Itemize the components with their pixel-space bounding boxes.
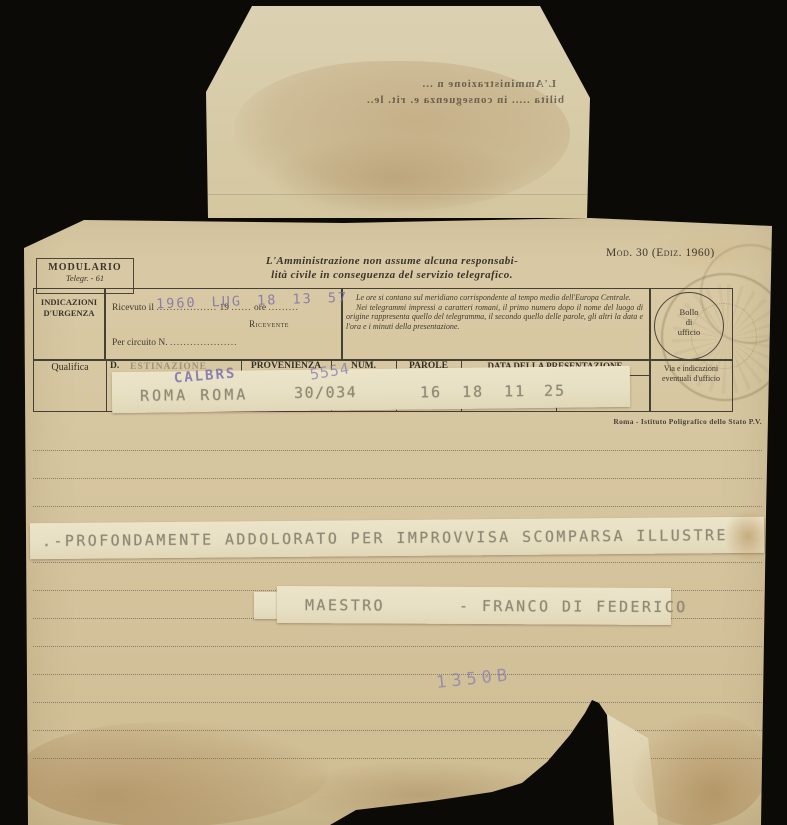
disclaimer-text: L'Amministrazione non assume alcuna resp… [224,254,560,282]
stain-bottom-left [18,722,328,825]
message-strip-1: .-PROFONDAMENTE ADDOLORATO PER IMPROVVIS… [30,517,764,559]
modulario-number: Telegr. - 61 [37,273,133,283]
telegram-number: 30/034 [294,383,357,402]
ricevente-label: Ricevente [204,319,334,329]
message-text-2a: MAESTRO [305,596,385,614]
bollo-line1: Bollo [655,307,723,317]
message-strip-2: MAESTRO - FRANCO DI FEDERICO [277,586,671,625]
notice-paragraph-2: Nei telegrammi impressi a caratteri roma… [346,303,643,332]
routing-strip: ROMA ROMA 30/034 16 18 11 25 CALBRS 5554 [112,366,630,413]
message-line [33,478,762,479]
ricevuto-label: Ricevuto il [112,303,154,313]
stain-bottom-right [632,714,768,825]
message-line [33,450,762,451]
printer-imprint: Roma - Istituto Poligrafico dello Stato … [536,417,762,426]
bleedthrough-line1: L'Amministrazione n ... [224,76,564,92]
telegram-sheet: MODULARIO Telegr. - 61 L'Amministrazione… [24,214,772,825]
via-line2: eventuali d'ufficio [650,374,732,384]
message-line [33,702,762,703]
word-count: 16 [420,383,442,401]
office-stamp-circle: Bollo di ufficio [654,292,724,360]
notice-paragraph-1: Le ore si contano sul meridiano corrispo… [346,293,643,303]
disclaimer-line1: L'Amministrazione non assume alcuna resp… [224,254,560,268]
telegram-scan: { "colors": { "background": "#0c0a07", "… [0,0,787,825]
stain-right-of-strip [724,510,772,562]
modulario-label: MODULARIO [37,262,133,273]
message-text-2b: - FRANCO DI FEDERICO [459,597,688,616]
flap-crease [206,194,590,196]
archive-number-stamp: 1350B [435,665,513,693]
strip-fragment [254,592,278,619]
hour-value: 11 [504,382,526,400]
minutes-value: 25 [544,382,566,400]
via-line1: Via e indicazioni [650,364,732,374]
telegram-back-flap: L'Amministrazione n ... bilita ..... in … [206,6,590,218]
circuito-label: Per circuito N. [112,338,168,348]
dotted-rule: .................... [170,338,238,348]
form-edition-label: Mod. 30 (Ediz. 1960) [606,247,715,259]
meridian-notice: Le ore si contano sul meridiano corrispo… [346,293,643,331]
column-via-indicazioni: Via e indicazioni eventuali d'ufficio [650,364,732,383]
message-line [33,646,762,647]
grid-line [104,289,106,359]
received-date-stamp: 1960 LUG 18 13 57 [156,290,349,313]
bollo-line3: ufficio [655,327,723,337]
message-line [33,674,762,675]
grid-line [106,359,107,411]
message-line [33,506,762,507]
bollo-line2: di [655,317,723,327]
bleedthrough-text: L'Amministrazione n ... bilita ..... in … [224,76,564,108]
circuito-field: Per circuito N. .................... [112,338,238,348]
column-qualifica: Qualifica [34,362,106,373]
disclaimer-line2: lità civile in conseguenza del servizio … [224,268,560,282]
column-destinazione: D. [110,361,119,371]
grid-line [649,289,651,411]
urgency-line1: INDICAZIONI [36,297,102,308]
urgency-line2: D'URGENZA [36,308,102,319]
urgency-label: INDICAZIONI D'URGENZA [36,297,102,319]
message-line [33,562,762,563]
day-value: 18 [462,383,484,401]
origin-text: ROMA ROMA [140,385,248,404]
message-text-1: .-PROFONDAMENTE ADDOLORATO PER IMPROVVIS… [42,526,728,550]
bleedthrough-line2: bilita ..... in conseguenza e. rit. le.. [224,92,564,108]
